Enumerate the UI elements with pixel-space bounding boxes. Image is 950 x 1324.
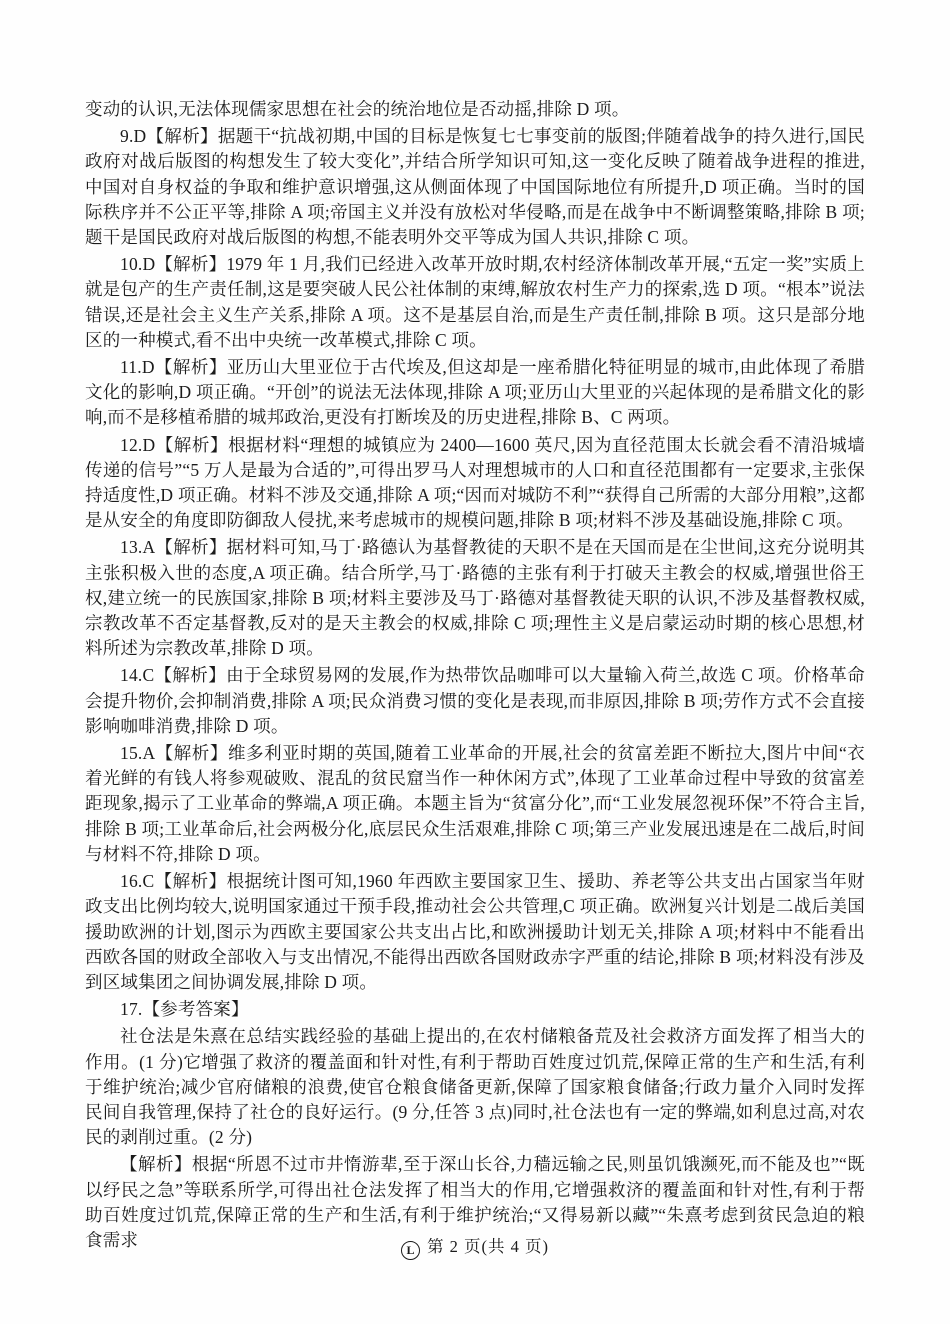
explanation-9: 9.D【解析】据题干“抗战初期,中国的目标是恢复七七事变前的版图;伴随着战争的持… [85,124,865,250]
answer-17-reference-answer: 社仓法是朱熹在总结实践经验的基础上提出的,在农村储粮备荒及社会救济方面发挥了相当… [85,1024,865,1150]
explanation-12: 12.D【解析】根据材料“理想的城镇应为 2400—1600 英尺,因为直径范围… [85,433,865,534]
page-number: 第 2 页(共 4 页) [427,1237,549,1256]
explanation-11: 11.D【解析】亚历山大里亚位于古代埃及,但这却是一座希腊化特征明显的城市,由此… [85,355,865,431]
explanation-14: 14.C【解析】由于全球贸易网的发展,作为热带饮品咖啡可以大量输入荷兰,故选 C… [85,663,865,739]
answer-key-page: 变动的认识,无法体现儒家思想在社会的统治地位是否动摇,排除 D 项。 9.D【解… [0,0,950,1324]
explanation-16: 16.C【解析】根据统计图可知,1960 年西欧主要国家卫生、援助、养老等公共支… [85,869,865,995]
page-footer: L第 2 页(共 4 页) [0,1233,950,1260]
circled-l-icon: L [401,1241,420,1260]
answer-17-heading: 17.【参考答案】 [85,997,865,1022]
explanation-10: 10.D【解析】1979 年 1 月,我们已经进入改革开放时期,农村经济体制改革… [85,252,865,353]
explanation-13: 13.A【解析】据材料可知,马丁·路德认为基督教徒的天职不是在天国而是在尘世间,… [85,535,865,661]
explanation-15: 15.A【解析】维多利亚时期的英国,随着工业革命的开展,社会的贫富差距不断拉大,… [85,741,865,867]
page-body-text: 变动的认识,无法体现儒家思想在社会的统治地位是否动摇,排除 D 项。 9.D【解… [85,97,865,1255]
continued-text: 变动的认识,无法体现儒家思想在社会的统治地位是否动摇,排除 D 项。 [85,97,865,122]
